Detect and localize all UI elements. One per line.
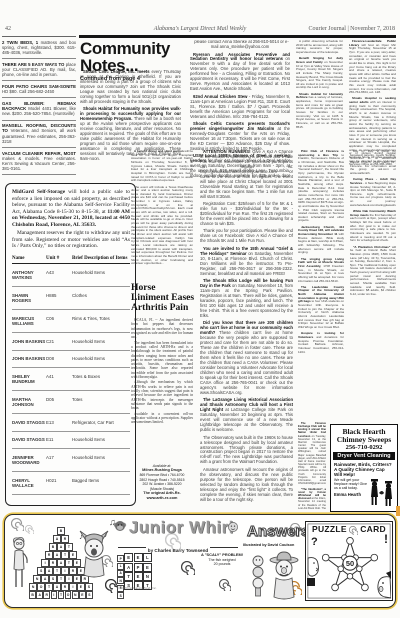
lien-sale-table-body: ANTHONY WATKINSA43Household ItemsSHAWN R…: [12, 264, 130, 495]
news-item: The Lauderdale County Chapter of the Uni…: [298, 286, 344, 330]
news-item: Jacksonburg Church, 414 County Road 128,…: [298, 226, 344, 255]
advertiser-name-2: Chimney Sweeps: [331, 436, 397, 444]
professor-character-illustration: [10, 535, 30, 593]
news-item: Hospice is looking for Volunteers and do…: [298, 332, 344, 354]
table-row: JENNIFER WOODWARDA17Household Items: [12, 449, 130, 472]
product-website: www.arth-rx.com: [131, 496, 193, 501]
midgard-legal-notice: MidGard Self-Storage will hold a public …: [5, 183, 136, 506]
pyramid-row: BARITONES: [29, 591, 93, 599]
spiral-icon: [349, 526, 358, 535]
table-row: CHERYL WALLACEH021Bagged Items: [12, 472, 130, 495]
classified-ad: FOUR PATIO CHAIRS SAM-SONITE HD $80. Cal…: [2, 81, 76, 98]
news-item: The event will include a Texas Roadhouse…: [131, 186, 193, 266]
table-row: MARECUS WILLIAMSC06Rims & Tires, Totes: [12, 310, 130, 333]
classified-ad: VACUUM CLEANER REPAIR, MOST makes & mode…: [2, 148, 76, 175]
news-item: Did you know that there are 200 children…: [200, 321, 293, 395]
news-item: Florence-Lauderdale Public Library will …: [349, 40, 396, 95]
news-item: Shoals Celtic Concerts presents Scotland…: [190, 122, 290, 152]
news-item: "A Plantation Christmas" will be held at…: [350, 246, 396, 297]
table-row: DAVID STAGGSE11Household Items: [12, 431, 130, 449]
news-item: You are invited to the 15th Annual "Grie…: [200, 247, 293, 277]
sun-face-icon: [227, 521, 239, 533]
notes-column-sliver: The Florence Exchange Club will be hosti…: [298, 422, 326, 510]
lien-sale-table: Name Unit # Brief Description of Items A…: [12, 254, 130, 496]
svg-text:♪: ♪: [104, 532, 108, 539]
news-item: Ryerson and Associates Preventive and Se…: [190, 53, 290, 93]
article-paragraph: Available in a convenient roll-on applic…: [131, 412, 193, 425]
legal-notice-text: MidGard Self-Storage will hold a public …: [12, 189, 130, 250]
ad-small-text: We will get your fireplace ready! Give u…: [331, 478, 371, 491]
news-item: Thank you for your participation. Please…: [200, 229, 293, 244]
classified-ad: THERE ARE 5 EASY WAYS TO place your CLAS…: [2, 59, 76, 81]
news-item: The Florence Exchange Club will be hosti…: [298, 422, 326, 485]
puzzled-face-illustration: [307, 554, 322, 586]
puzzle-card: PUZZLE CARD ? !: [305, 521, 393, 601]
puzzle-card-title: PUZZLE CARD: [306, 522, 392, 535]
news-item: White Oak Community Watch Group meets th…: [350, 210, 396, 243]
star-center-value: 50: [346, 559, 354, 568]
liniment-headline: Horse Liniment Eases Arthritis Pain: [131, 283, 195, 313]
news-item: 92nd Annual Chicken Stew - Friday, Novem…: [190, 95, 290, 120]
chimney-sweep-illustration: [369, 477, 395, 507]
black-hearth-ad: Black Hearth Chimney Sweeps 256-710-0292…: [330, 424, 398, 512]
news-item: The LaGrange Living Historical Associati…: [200, 398, 293, 433]
milner-rushing-ad: Available at: Milner-Rushing Drugs 869 F…: [131, 464, 193, 501]
legal-paragraph: MidGard Self-Storage will hold a public …: [12, 189, 130, 229]
exclamation-mark: !: [384, 532, 388, 546]
column-header-desc: Brief Description of Items: [72, 254, 130, 264]
monkey-head-icon: [113, 519, 127, 533]
scaly-line: 20 pounds: [191, 562, 253, 566]
notes-strip-column: A benefit dinner and silent auction will…: [131, 150, 193, 278]
classified-ad: GAS BLOWER: REDMAX BACKPACK Model 4401 B…: [2, 98, 76, 120]
byline-dash: [118, 547, 146, 548]
news-item: Benefit Singing for Judy Green and Famil…: [296, 57, 343, 90]
newspaper-page: 42 Alabama's Largest Direct Mail Weekly …: [0, 0, 400, 618]
viking-singer-illustration: ♪ ♪: [77, 529, 111, 589]
ad-phone-number: 256-710-0292: [331, 444, 397, 451]
table-header-row: Name Unit # Brief Description of Items: [12, 254, 130, 264]
copyright-line: © 2018 King Features Synd., Inc.: [117, 587, 181, 590]
corner-color-bleed: [396, 506, 400, 516]
section-divider-bar: [79, 35, 396, 38]
table-row: JOHN BASKINSC21Household Items: [12, 333, 130, 351]
column-header-name: Name: [12, 254, 46, 264]
scaly-problem-answer: A "SCALY" PROBLEM! The fish weighed 20 p…: [191, 553, 253, 567]
junior-whirl-strip: BARBATRATEIRATESATIRENASTIERNOTARIESBARI…: [4, 514, 396, 608]
news-item: Day by Day, a group for bereaved parents…: [350, 150, 396, 176]
news-item: The Observatory was built in the 1960s t…: [200, 436, 293, 466]
puzzle-card-title-right: CARD: [360, 524, 386, 535]
news-item: The Shoals Elks Lodge will be having Fun…: [200, 279, 293, 319]
liniment-article-body: OCALA, FL -- An ingredient derived from …: [131, 318, 193, 464]
classifieds-column: 2 TWIN BEDS, 1 mattress and box spring, …: [2, 37, 76, 179]
table-row: JOHN BASKINSD08Household Items: [12, 350, 130, 368]
classified-ad: MANSELL ROOFING, DISCOUNTS TO Veterans, …: [2, 121, 76, 148]
word-square-grid: EELAPETENSET: [124, 553, 152, 591]
news-item: please contact Anna Steinke at 256-810-5…: [190, 40, 290, 50]
notes-column-d1: Pilot Club of Florence is sponsoring a B…: [298, 150, 344, 418]
section-title: Community Notes...: [80, 40, 192, 74]
news-item: A benefit dinner and silent auction will…: [131, 150, 193, 183]
spiral-icon: [11, 518, 24, 531]
news-item: Registration Cost: $25/team of 5 for the…: [200, 202, 293, 227]
star-puzzle-diagram: 50: [322, 536, 378, 596]
news-item: Caring Place - Adult Day Services - A Ne…: [350, 178, 396, 207]
notes-column-d2: Day by Day, a group for bereaved parents…: [350, 150, 396, 418]
table-row: ANTHONY WATKINSA43Household Items: [12, 264, 130, 287]
table-row: MARTHA JOHNSOND05Totes: [12, 391, 130, 414]
news-item: ATTENTION RUNNERS! Give A Kid A Chance o…: [200, 150, 293, 200]
news-item: Amateur astronomers will recount the ori…: [200, 468, 293, 503]
question-mark: ?: [311, 536, 318, 548]
news-item: Pilot Club of Florence is sponsoring a B…: [298, 150, 344, 223]
illustrator-credit: Illustrated by David Coulson: [243, 543, 294, 547]
junior-whirl-logo: Junior Whirl: [129, 518, 234, 538]
classified-ad: 2 TWIN BEDS, 1 mattress and box spring, …: [2, 37, 76, 59]
table-row: SHELBY BUNDRUMA41Totes & Boxes: [12, 368, 130, 391]
article-paragraph: Although the mechanism by which ARTH-Rx …: [131, 380, 193, 410]
table-row: DAVID STAGGSE13Refrigerator, Car Part: [12, 414, 130, 432]
news-item: The singing group Living Faith will be a…: [298, 258, 344, 284]
column-header-unit: Unit #: [46, 254, 72, 264]
article-paragraph: OCALA, FL -- An ingredient derived from …: [131, 318, 193, 340]
puzzle-card-title-left: PUZZLE: [312, 524, 347, 535]
legal-paragraph: Management reserves the right to withdra…: [12, 230, 130, 250]
news-item: A public observing schedule for 2019 wil…: [296, 40, 343, 55]
notes-column-b2: ATTENTION RUNNERS! Give A Kid A Chance o…: [200, 150, 293, 510]
news-item: Shoals Civic League, Inc. meets every Th…: [80, 70, 181, 105]
news-item: Shoals Habitat for Humanity ReStore has …: [296, 93, 343, 130]
spiral-icon: [219, 579, 231, 591]
dryer-vent-banner: Dryer Vent Cleaning: [333, 452, 395, 460]
article-paragraph: The ingredient has been formulated into …: [131, 341, 193, 380]
answers-label: Answers: [247, 523, 310, 540]
cowboy-character-illustration: [267, 551, 301, 603]
svg-text:♪: ♪: [79, 532, 83, 541]
byline-dash: [210, 547, 238, 548]
classified-ad: PONTOON BOAT LOWES MALIBU, 115 HP Johnso…: [2, 175, 76, 179]
table-row: SHAWN ROGERSH885Clothes: [12, 287, 130, 310]
totem-character-illustration: [251, 555, 265, 597]
news-item: "The Intuitionist", a novel by Colson Wh…: [298, 488, 326, 510]
header-right: Courier Journal | November 7, 2018: [308, 26, 395, 32]
